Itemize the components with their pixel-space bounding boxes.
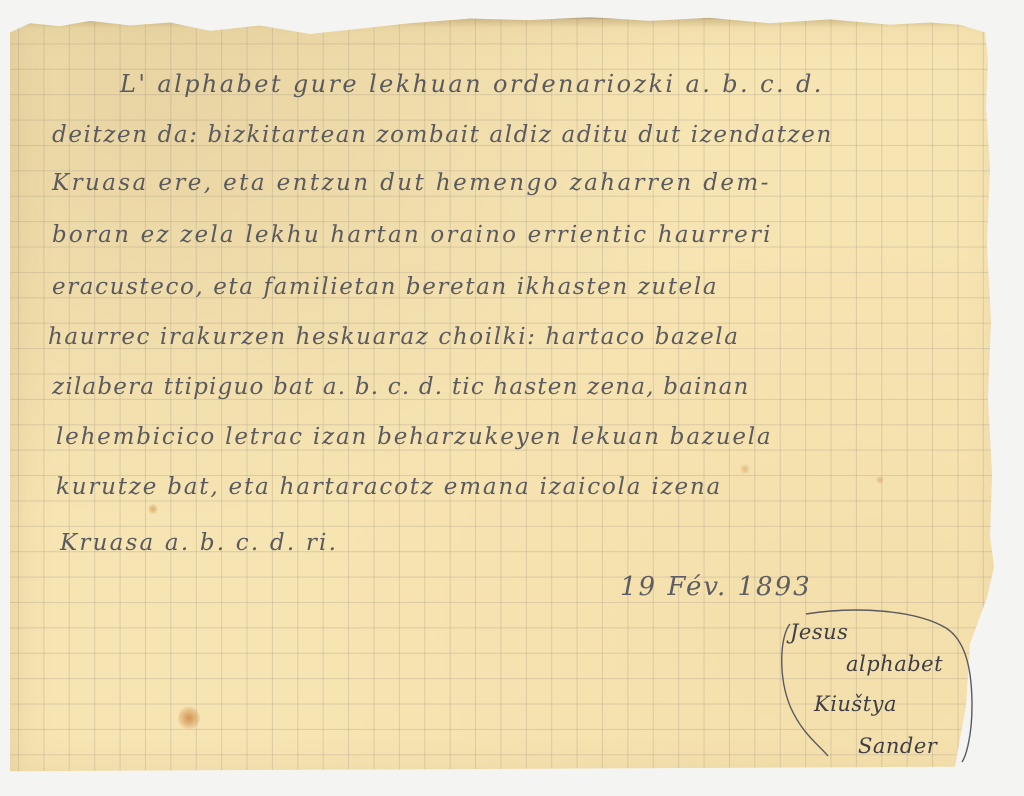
rust-stain (740, 464, 750, 474)
margin-note-line-4: Sander (858, 734, 937, 758)
body-line-3: Kruasa ere, eta entzun dut hemengo zahar… (52, 172, 771, 195)
scanned-document: L' alphabet gure lekhuan ordenariozki a.… (0, 0, 1024, 796)
margin-note-line-1: Jesus (790, 620, 848, 644)
body-line-2: deitzen da: bizkitartean zombait aldiz a… (52, 124, 833, 147)
letter-date: 19 Fév. 1893 (620, 572, 812, 602)
body-line-9: kurutze bat, eta hartaracotz emana izaic… (56, 476, 722, 499)
body-line-10: Kruasa a. b. c. d. ri. (60, 532, 338, 555)
rust-stain (876, 476, 884, 484)
margin-note-line-3: Kiuštya (814, 692, 897, 716)
body-line-5: eracusteco, eta familietan beretan ikhas… (52, 276, 718, 299)
margin-note-line-2: alphabet (846, 652, 943, 676)
body-line-1: L' alphabet gure lekhuan ordenariozki a.… (120, 72, 824, 96)
body-line-6: haurrec irakurzen heskuaraz choilki: har… (48, 326, 740, 349)
rust-stain (178, 706, 200, 730)
body-line-7: zilabera ttipiguo bat a. b. c. d. tic ha… (52, 376, 750, 399)
body-line-4: boran ez zela lekhu hartan oraino errien… (52, 224, 773, 247)
body-line-8: lehembicico letrac izan beharzukeyen lek… (56, 426, 772, 449)
rust-stain (148, 504, 158, 514)
